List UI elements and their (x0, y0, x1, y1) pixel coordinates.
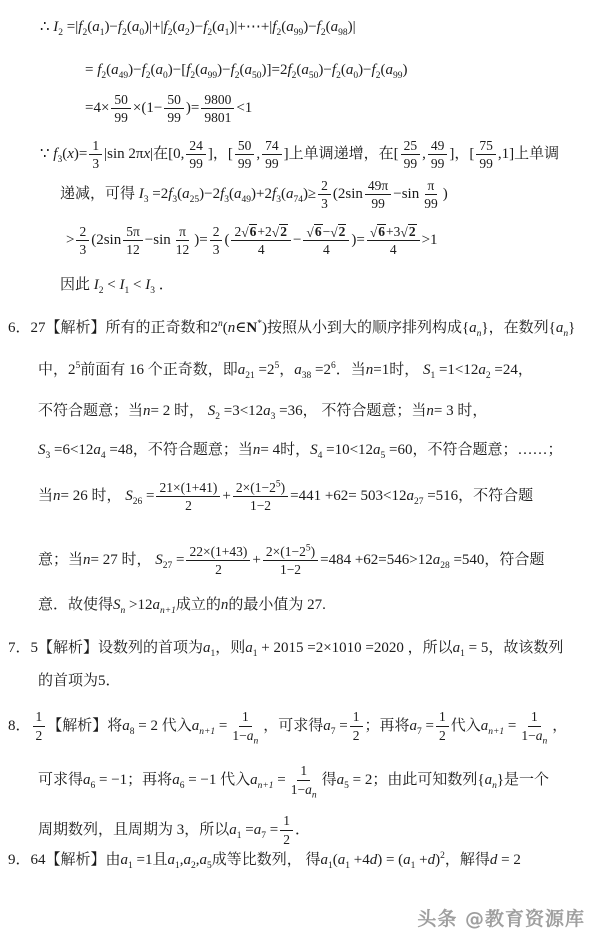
math-line-14: 意．故使得Sn >12an+1成立的n的最小值为 27. (38, 596, 589, 615)
fraction: 49π99 (365, 178, 391, 212)
math-line-15: 7．5【解析】设数列的首项为a1，则a1 + 2015 =2×1010 =202… (8, 639, 589, 658)
fraction: 11−an (288, 763, 320, 797)
fraction: 5099 (111, 92, 131, 126)
fraction: 13 (89, 138, 102, 172)
fraction: 21×(1+41)2 (156, 480, 220, 514)
fraction: 12 (436, 709, 449, 743)
math-line-4: ∵ f3(x)=13|sin 2πx|在[0,2499]，[5099,7499]… (40, 138, 589, 172)
fraction: 4999 (428, 138, 448, 172)
fraction: 2499 (186, 138, 206, 172)
fraction: 12 (350, 709, 363, 743)
fraction: 2×(1−25)1−2 (263, 544, 318, 578)
fraction: 2599 (401, 138, 421, 172)
sqrt-radical: √6 (306, 224, 322, 240)
fraction: π12 (173, 224, 193, 258)
watermark: 头条 @教育资源库 (417, 904, 585, 931)
fraction: 5099 (164, 92, 184, 126)
math-line-12: 当n= 26 时， S26 =21×(1+41)2+2×(1−25)1−2=44… (38, 480, 589, 514)
fraction: 5099 (235, 138, 255, 172)
math-line-19: 周期数列，且周期为 3，所以a1 =a7 =12． (38, 813, 589, 847)
math-line-18: 可求得a6 = −1；再将a6 = −1 代入an+1 =11−an得a5 = … (38, 763, 589, 797)
fraction: 23 (318, 178, 331, 212)
sqrt-radical: √2 (272, 224, 288, 240)
fraction: √6−√24 (303, 224, 349, 258)
math-line-8: 6．27【解析】所有的正奇数和2n(n∈N*)按照从小到大的顺序排列构成{an}… (8, 319, 589, 338)
math-line-11: S3 =6<12a4 =48，不符合题意；当n= 4时，S4 =10<12a5 … (38, 441, 589, 460)
math-line-20: 9．64【解析】由a1 =1且a1,a2,a5成等比数列， 得a1(a1 +4d… (8, 851, 589, 870)
math-line-5: 递减，可得 I3 =2f3(a25)−2f3(a49)+2f3(a74)≥23(… (60, 178, 589, 212)
fraction: 22×(1+43)2 (186, 544, 250, 578)
fraction: 5π12 (123, 224, 143, 258)
fraction: 11−an (229, 709, 261, 743)
sqrt-radical: √6 (370, 224, 386, 240)
sqrt-radical: √2 (400, 224, 416, 240)
sqrt-radical: √6 (241, 224, 257, 240)
math-line-16: 的首项为5． (38, 672, 589, 691)
fraction: 11−an (518, 709, 550, 743)
fraction: 23 (210, 224, 223, 258)
fraction: √6+3√24 (367, 224, 420, 258)
fraction: 7499 (262, 138, 282, 172)
sqrt-radical: √2 (330, 224, 346, 240)
math-line-7: 因此 I2 < I1 < I3 ． (60, 276, 589, 295)
fraction: π99 (421, 178, 441, 212)
fraction: 12 (280, 813, 293, 847)
document-page: ∴ I2 =|f2(a1)−f2(a0)|+|f2(a2)−f2(a1)|+⋯+… (0, 0, 589, 937)
math-line-9: 中，25前面有 16 个正奇数，即a21 =25，a38 =26．当n=1时， … (38, 361, 589, 380)
math-line-3: =4×5099×(1−5099)=98009801<1 (85, 92, 589, 126)
math-line-10: 不符合题意；当n= 2 时， S2 =3<12a3 =36， 不符合题意；当n=… (38, 402, 589, 421)
math-solution-lines: ∴ I2 =|f2(a1)−f2(a0)|+|f2(a2)−f2(a1)|+⋯+… (0, 18, 589, 870)
fraction: 2√6+2√24 (231, 224, 290, 258)
fraction: 7599 (476, 138, 496, 172)
math-line-13: 意；当n= 27 时， S27 =22×(1+43)2+2×(1−25)1−2=… (38, 544, 589, 578)
math-line-6: >23(2sin5π12−sinπ12)=23(2√6+2√24−√6−√24)… (66, 224, 589, 258)
fraction: 2×(1−25)1−2 (233, 480, 288, 514)
math-line-17: 8．12【解析】将a8 = 2 代入an+1 =11−an，可求得a7 =12；… (8, 709, 589, 743)
fraction: 23 (76, 224, 89, 258)
math-line-1: ∴ I2 =|f2(a1)−f2(a0)|+|f2(a2)−f2(a1)|+⋯+… (40, 18, 589, 37)
math-line-2: = f2(a49)−f2(a0)−[f2(a99)−f2(a50)]=2f2(a… (85, 61, 589, 80)
fraction: 12 (33, 709, 46, 743)
fraction: 98009801 (201, 92, 234, 126)
